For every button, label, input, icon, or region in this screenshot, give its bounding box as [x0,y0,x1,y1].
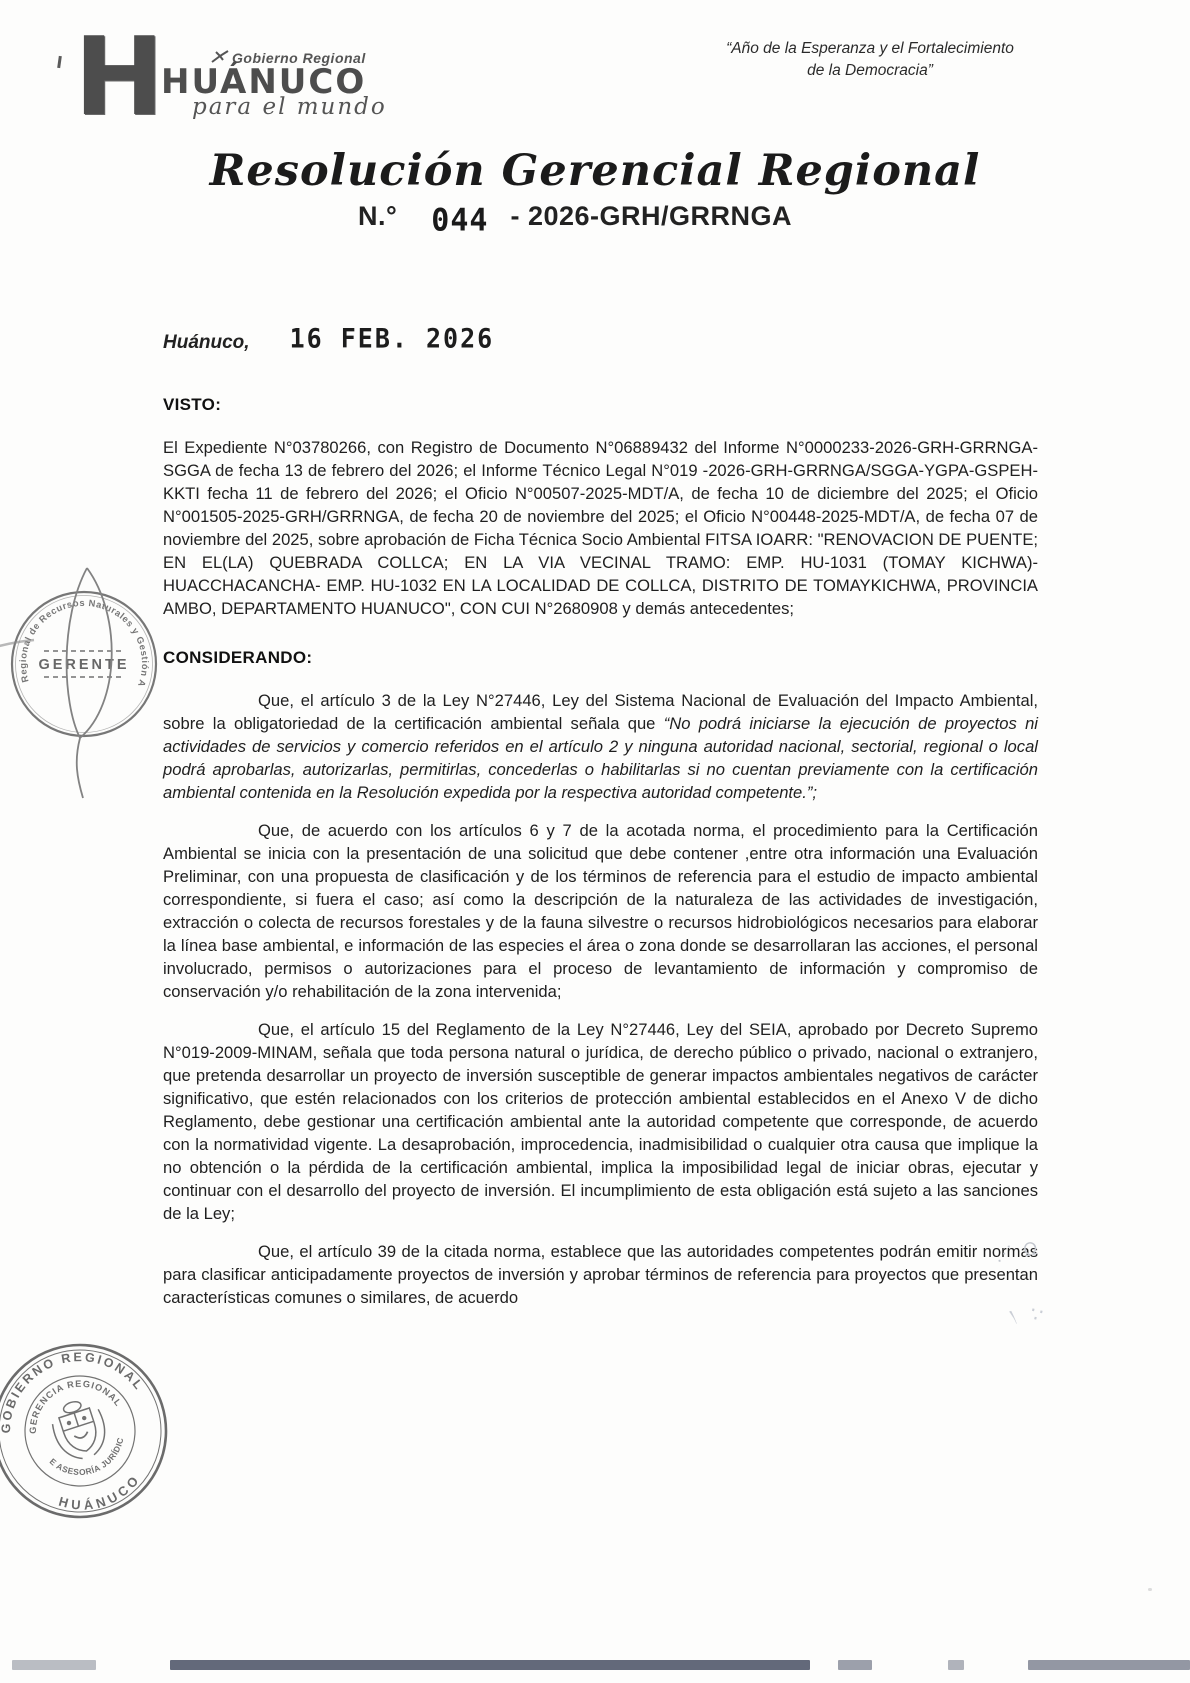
document-body: VISTO: El Expediente N°03780266, con Reg… [163,393,1038,1324]
scan-edge-bar [948,1660,964,1670]
number-prefix: N.° [358,201,397,231]
paragraph-articulo-15: Que, el artículo 15 del Reglamento de la… [163,1018,1038,1225]
scan-edge-bar [170,1660,810,1670]
faint-pencil-mark: ৲ ∵ [1005,1294,1048,1335]
year-motto: “Año de la Esperanza y el Fortalecimient… [690,38,1050,82]
logo-tagline: para el mundo [192,94,387,120]
asesoria-juridica-seal: GOBIERNO REGIONAL HUÁNUCO GERENCIA REGIO… [0,1316,195,1551]
paragraph-articulos-6-7: Que, de acuerdo con los artículos 6 y 7 … [163,819,1038,1003]
considerando-heading: CONSIDERANDO: [163,646,1038,669]
visto-paragraph: El Expediente N°03780266, con Registro d… [163,436,1038,620]
dateline-place: Huánuco, [163,332,250,354]
document-page: H Gobierno Regional HUÁNUCO para el mund… [0,0,1190,1683]
dateline: Huánuco,16 FEB. 2026 [163,325,494,354]
resolution-number: N.°044- 2026-GRH/GRRNGA [0,198,1150,233]
date-stamp: 16 FEB. 2026 [290,323,495,354]
coat-of-arms [47,1395,112,1465]
scan-speck [1148,1588,1152,1591]
motto-line1: “Año de la Esperanza y el Fortalecimient… [726,40,1014,57]
paragraph-articulo-3: Que, el artículo 3 de la Ley N°27446, Le… [163,689,1038,804]
number-stamp: 044 [431,202,488,239]
motto-line2: de la Democracia” [807,62,933,79]
number-suffix: - 2026-GRH/GRRNGA [510,201,792,231]
scan-edge-bar [12,1660,96,1670]
scan-edge-bar [838,1660,872,1670]
logo-h-letter: H [74,28,160,128]
scan-edge-bar [1028,1660,1190,1670]
gerente-seal: Gerencia Regional de Recursos Naturales … [0,546,189,806]
paragraph-articulo-39: Que, el artículo 39 de la citada norma, … [163,1240,1038,1309]
resolution-title: Resolución Gerencial Regional [0,146,1190,196]
scan-artifact [57,56,62,68]
visto-heading: VISTO: [163,393,1038,416]
gerente-seal-center-text: GERENTE [38,657,129,673]
